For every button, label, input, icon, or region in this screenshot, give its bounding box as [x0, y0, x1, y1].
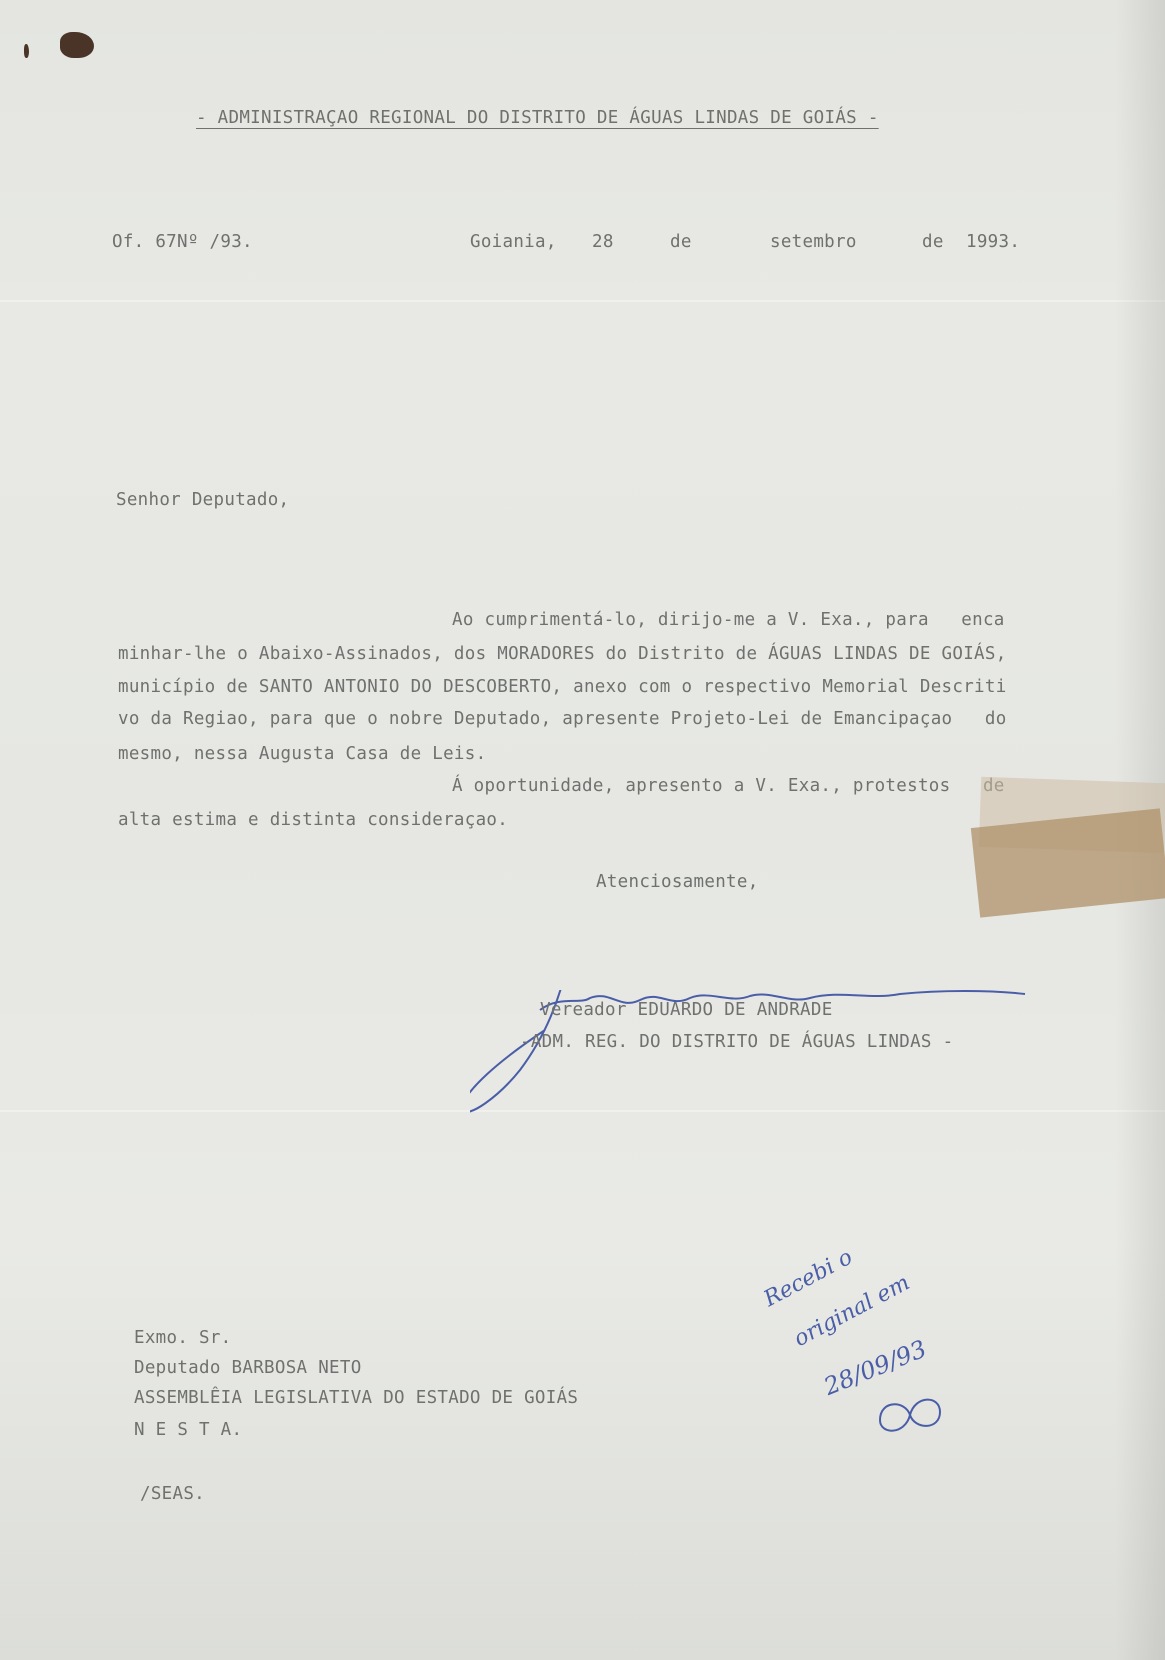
recipient-line: Deputado BARBOSA NETO: [134, 1358, 362, 1378]
paper-fold: [0, 300, 1165, 302]
date-de: de: [670, 232, 692, 252]
letterhead-title: - ADMINISTRAÇAO REGIONAL DO DISTRITO DE …: [196, 108, 879, 128]
body-line: município de SANTO ANTONIO DO DESCOBERTO…: [118, 677, 1007, 697]
closing: Atenciosamente,: [596, 872, 759, 892]
signer-title: -ADM. REG. DO DISTRITO DE ÁGUAS LINDAS -: [520, 1032, 953, 1052]
date-year: 1993.: [966, 232, 1020, 252]
document-page: - ADMINISTRAÇAO REGIONAL DO DISTRITO DE …: [0, 0, 1165, 1660]
paper-damage-mark: [24, 44, 29, 58]
recipient-line: Exmo. Sr.: [134, 1328, 232, 1348]
body-line: mesmo, nessa Augusta Casa de Leis.: [118, 744, 486, 764]
office-number: Of. 67Nº /93.: [112, 232, 253, 252]
handwritten-initials-scribble: [870, 1390, 950, 1440]
body-line: vo da Regiao, para que o nobre Deputado,…: [118, 709, 1007, 729]
signer-name: Vereador EDUARDO DE ANDRADE: [540, 1000, 833, 1020]
adhesive-tape: [971, 808, 1165, 917]
body-line: Ao cumprimentá-lo, dirijo-me a V. Exa., …: [452, 610, 1005, 630]
date-city: Goiania,: [470, 232, 557, 252]
date-day: 28: [592, 232, 614, 252]
body-line: Á oportunidade, apresento a V. Exa., pro…: [452, 776, 1005, 796]
salutation: Senhor Deputado,: [116, 490, 289, 510]
recipient-line: N E S T A.: [134, 1420, 242, 1440]
date-month: setembro: [770, 232, 857, 252]
body-line: alta estima e distinta consideraçao.: [118, 810, 508, 830]
typist-initials: /SEAS.: [140, 1484, 205, 1504]
date-de: de: [922, 232, 944, 252]
body-line: minhar-lhe o Abaixo-Assinados, dos MORAD…: [118, 644, 1007, 664]
paper-damage-hole: [60, 32, 94, 58]
recipient-line: ASSEMBLÊIA LEGISLATIVA DO ESTADO DE GOIÁ…: [134, 1388, 578, 1408]
